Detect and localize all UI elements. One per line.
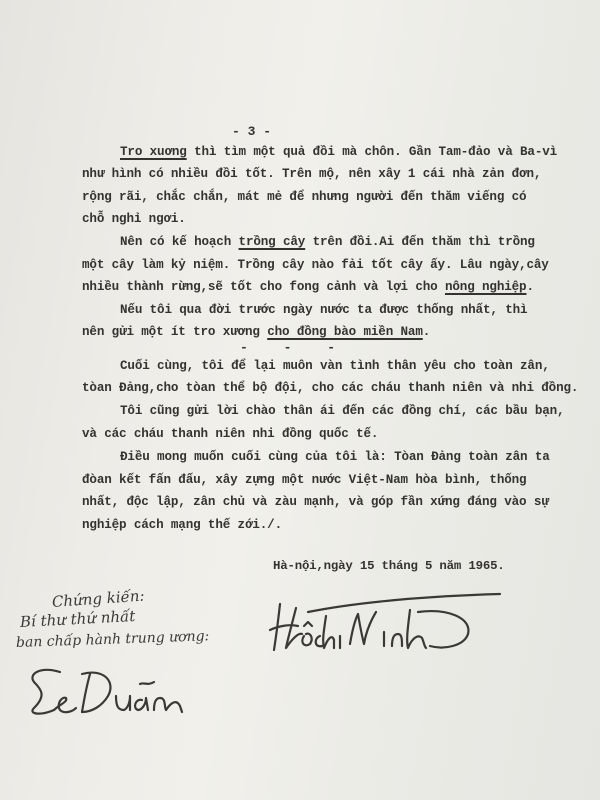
closing-p3-line-2: đòan kết fấn đấu, xây zựng một nước Việt… — [82, 474, 526, 487]
closing-p2-line-2: và các cháu thanh niên nhi đồng quốc tế. — [82, 428, 378, 441]
text-run: Cuối cùng, tôi để lại muôn vàn tình thân… — [120, 359, 550, 373]
body-p1-line-1: Tro xuơng thì tìm một quả đồi mà chôn. G… — [120, 146, 557, 159]
body-p1-line-3: rộng rãi, chắc chắn, mát mẻ để nhưng ngư… — [82, 191, 526, 204]
text-run: rộng rãi, chắc chắn, mát mẻ để nhưng ngư… — [82, 190, 526, 204]
document-page: - 3 - Tro xuơng thì tìm một quả đồi mà c… — [0, 0, 600, 800]
text-run: . — [423, 325, 430, 339]
section-separator: - - - — [240, 340, 349, 355]
text-run: nhiều thành rừng,sẽ tốt cho fong cảnh và… — [82, 280, 445, 294]
text-run: chỗ nghỉ ngơi. — [82, 212, 186, 226]
date-line: Hà-nội,ngày 15 tháng 5 năm 1965. — [273, 559, 505, 573]
closing-p1-line-1: Cuối cùng, tôi để lại muôn vàn tình thân… — [120, 360, 550, 373]
text-run: Nếu tôi qua đời trước ngày nước ta được … — [120, 303, 527, 317]
underlined-phrase: Tro xuơng — [120, 145, 187, 159]
text-run: đòan kết fấn đấu, xây zựng một nước Việt… — [82, 473, 526, 487]
underlined-phrase: trồng cây — [239, 235, 306, 249]
text-run: nghiệp cách mạng thế zới./. — [82, 518, 282, 532]
text-run: Nên có kế hoạch — [120, 235, 239, 249]
body-p2-line-3: nhiều thành rừng,sẽ tốt cho fong cảnh và… — [82, 281, 534, 294]
closing-p2-line-1: Tôi cũng gửi lời chào thân ái đến các đồ… — [120, 405, 564, 418]
closing-p3-line-4: nghiệp cách mạng thế zới./. — [82, 519, 282, 532]
body-p1-line-4: chỗ nghỉ ngơi. — [82, 213, 186, 226]
witness-line-2: Bí thư thứ nhất — [20, 607, 136, 631]
closing-p3-line-3: nhất, độc lập, zân chủ và zàu mạnh, và g… — [82, 496, 549, 509]
witness-line-3: ban chấp hành trung ương: — [16, 628, 210, 651]
body-p1-line-2: như hình có nhiều đồi tốt. Trên mộ, nên … — [82, 168, 541, 181]
body-p2-line-1: Nên có kế hoạch trồng cây trên đồi.Ai đế… — [120, 236, 535, 249]
text-run: nên gửi một ít tro xương — [82, 325, 267, 339]
body-p3-line-1: Nếu tôi qua đời trước ngày nước ta được … — [120, 304, 527, 317]
text-run: nhất, độc lập, zân chủ và zàu mạnh, và g… — [82, 495, 549, 509]
body-p2-line-2: một cây làm kỷ niệm. Trồng cây nào fải t… — [82, 259, 549, 272]
text-run: như hình có nhiều đồi tốt. Trên mộ, nên … — [82, 167, 541, 181]
page-number: - 3 - — [232, 124, 271, 139]
text-run: thì tìm một quả đồi mà chôn. Gần Tam-đảo… — [187, 145, 557, 159]
underlined-phrase: cho đồng bào miền Nam — [267, 325, 423, 339]
signature-le-duan — [20, 660, 200, 720]
text-run: tòan Đảng,cho tòan thể bộ đội, cho các c… — [82, 381, 578, 395]
underlined-phrase: nông nghiệp — [445, 280, 526, 294]
text-run: trên đồi.Ai đến thăm thì trồng — [305, 235, 535, 249]
text-run: Tôi cũng gửi lời chào thân ái đến các đồ… — [120, 404, 564, 418]
closing-p1-line-2: tòan Đảng,cho tòan thể bộ đội, cho các c… — [82, 382, 578, 395]
text-run: và các cháu thanh niên nhi đồng quốc tế. — [82, 427, 378, 441]
text-run: một cây làm kỷ niệm. Trồng cây nào fải t… — [82, 258, 549, 272]
body-p3-line-2: nên gửi một ít tro xương cho đồng bào mi… — [82, 326, 430, 339]
closing-p3-line-1: Điều mong muốn cuối cùng của tôi là: Tòa… — [120, 451, 550, 464]
text-run: . — [526, 280, 533, 294]
text-run: Điều mong muốn cuối cùng của tôi là: Tòa… — [120, 450, 550, 464]
signature-ho-chi-minh — [268, 582, 508, 662]
